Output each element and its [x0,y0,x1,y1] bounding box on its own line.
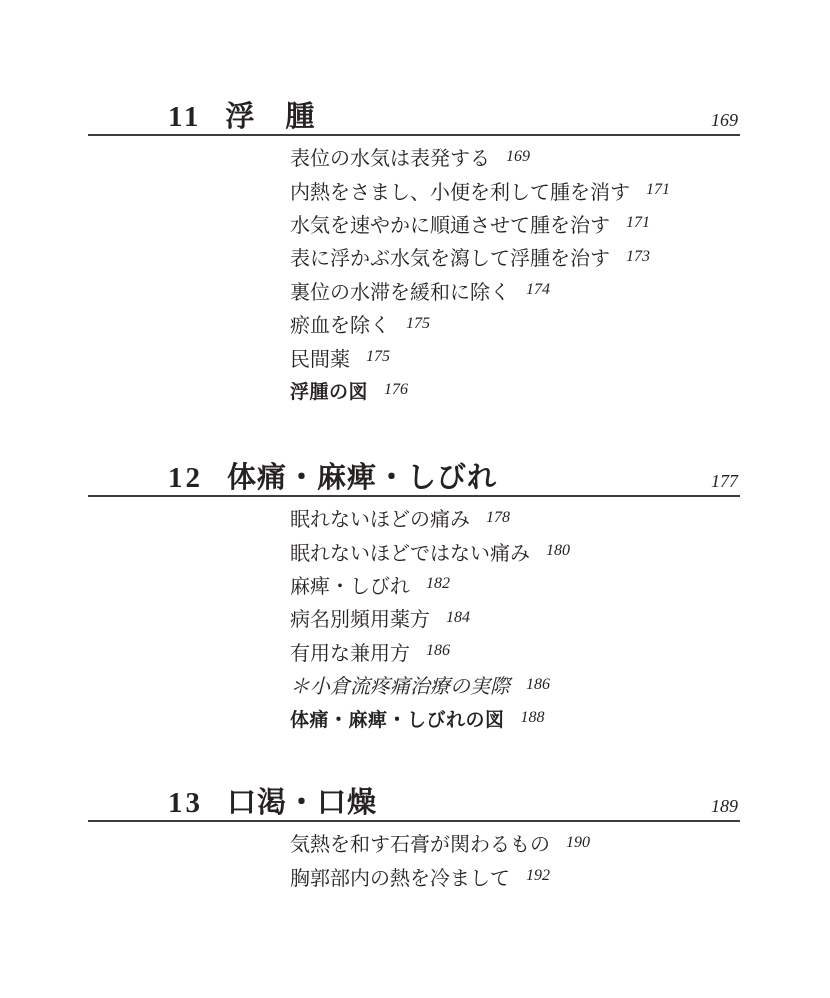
toc-entry-label: 内熱をさまし、小便を利して腫を消す [290,176,630,205]
section-page-number: 177 [711,464,738,498]
toc-entry-label: 眠れないほどではない痛み [290,537,530,566]
toc-container: 11 浮 腫 169 表位の水気は表発する 169 内熱をさまし、小便を利して腫… [0,0,830,998]
toc-entry-page: 169 [506,148,530,166]
toc-entry-page: 171 [646,181,670,199]
toc-page: 11 浮 腫 169 表位の水気は表発する 169 内熱をさまし、小便を利して腫… [0,0,830,998]
section-entries: 表位の水気は表発する 169 内熱をさまし、小便を利して腫を消す 171 水気を… [290,136,740,407]
toc-entry: 水気を速やかに順通させて腫を治す 171 [290,207,740,240]
toc-entry-label: 表に浮かぶ水気を瀉して浮腫を治す [290,242,610,271]
toc-entry: 裏位の水滞を緩和に除く 174 [290,274,740,307]
toc-entry-label: 浮腫の図 [290,377,368,404]
toc-entry: 表位の水気は表発する 169 [290,140,740,173]
toc-entry: 眠れないほどの痛み 178 [290,501,740,534]
section-header: 13 口渇・口燥 189 [88,786,740,822]
toc-entry-page: 190 [566,834,590,852]
toc-entry: 眠れないほどではない痛み 180 [290,534,740,567]
toc-section: 12 体痛・麻痺・しびれ 177 眠れないほどの痛み 178 眠れないほどではな… [88,461,740,735]
toc-entry: 浮腫の図 176 [290,374,740,407]
toc-entry-label: 気熱を和す石膏が関わるもの [290,828,550,857]
toc-entry-page: 178 [486,509,510,527]
section-page-number: 169 [711,103,738,137]
toc-entry-label: 麻痺・しびれ [290,570,410,599]
toc-entry: 体痛・麻痺・しびれの図 188 [290,701,740,734]
toc-entry: ＊小倉流疼痛治療の実際 186 [290,668,740,701]
toc-entry-label: 水気を速やかに順通させて腫を治す [290,209,610,238]
toc-entry-page: 171 [626,214,650,232]
toc-entry-page: 192 [526,867,550,885]
toc-entry: 麻痺・しびれ 182 [290,568,740,601]
toc-entry: 表に浮かぶ水気を瀉して浮腫を治す 173 [290,240,740,273]
toc-entry-label: 有用な兼用方 [290,637,410,666]
toc-entry-label: 裏位の水滞を緩和に除く [290,276,510,305]
section-header: 12 体痛・麻痺・しびれ 177 [88,461,740,497]
section-title: 浮 腫 [225,100,315,134]
toc-section: 11 浮 腫 169 表位の水気は表発する 169 内熱をさまし、小便を利して腫… [88,100,740,407]
toc-entry-label: 民間薬 [290,343,350,372]
section-header: 11 浮 腫 169 [88,100,740,136]
section-number: 13 [168,786,203,820]
toc-entry-page: 176 [384,381,408,399]
toc-entry-page: 174 [526,281,550,299]
section-page-number: 189 [711,789,738,823]
toc-entry-page: 186 [426,642,450,660]
section-title: 口渇・口燥 [227,786,377,820]
section-entries: 気熱を和す石膏が関わるもの 190 胸郭部内の熱を冷まして 192 [290,822,740,893]
toc-entry-page: 186 [526,676,550,694]
section-number: 11 [168,100,201,134]
toc-entry-label: 瘀血を除く [290,309,390,338]
toc-entry: 民間薬 175 [290,340,740,373]
toc-entry-page: 184 [446,609,470,627]
toc-entry-label: 体痛・麻痺・しびれの図 [290,705,505,732]
toc-entry-label: 眠れないほどの痛み [290,503,470,532]
toc-entry-label: 病名別頻用薬方 [290,603,430,632]
toc-entry: 気熱を和す石膏が関わるもの 190 [290,826,740,859]
toc-entry: 有用な兼用方 186 [290,635,740,668]
toc-entry-label: ＊小倉流疼痛治療の実際 [290,670,510,699]
toc-entry-page: 180 [546,542,570,560]
toc-entry-page: 173 [626,248,650,266]
toc-entry-page: 188 [521,709,545,727]
toc-entry: 胸郭部内の熱を冷まして 192 [290,859,740,892]
toc-entry: 瘀血を除く 175 [290,307,740,340]
section-entries: 眠れないほどの痛み 178 眠れないほどではない痛み 180 麻痺・しびれ 18… [290,497,740,735]
toc-entry-label: 胸郭部内の熱を冷まして [290,862,510,891]
toc-entry-page: 175 [366,348,390,366]
toc-entry-label: 表位の水気は表発する [290,142,490,171]
toc-section: 13 口渇・口燥 189 気熱を和す石膏が関わるもの 190 胸郭部内の熱を冷ま… [88,786,740,893]
toc-entry-page: 182 [426,575,450,593]
toc-entry-page: 175 [406,315,430,333]
toc-entry: 内熱をさまし、小便を利して腫を消す 171 [290,173,740,206]
section-title: 体痛・麻痺・しびれ [227,461,497,495]
section-number: 12 [168,461,203,495]
toc-entry: 病名別頻用薬方 184 [290,601,740,634]
